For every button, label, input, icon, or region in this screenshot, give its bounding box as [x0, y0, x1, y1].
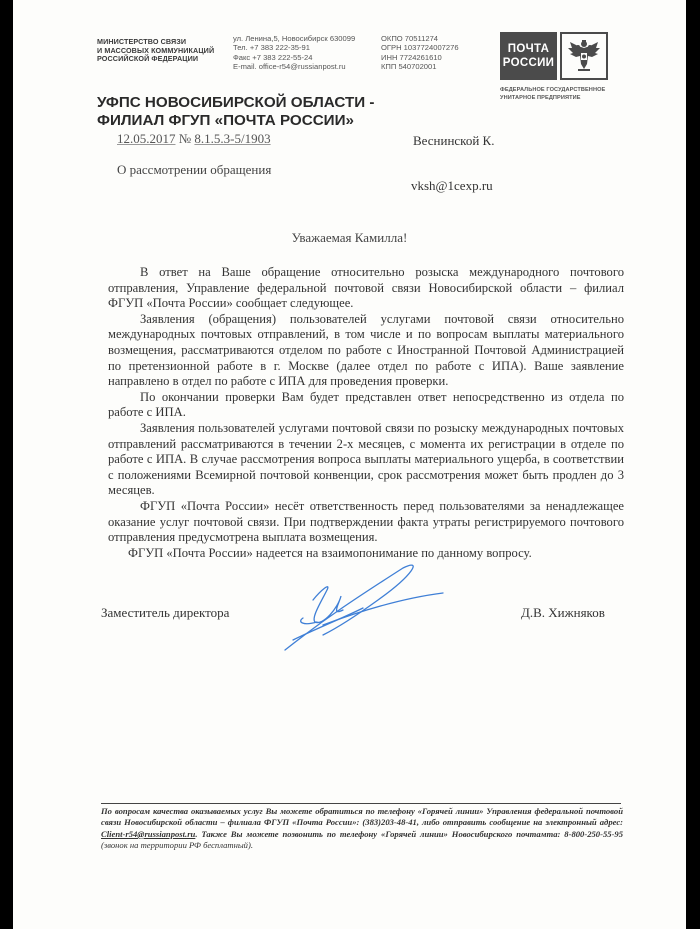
registration-codes: ОКПО 70511274 ОГРН 1037724007276 ИНН 772… [381, 34, 459, 71]
greeting: Уважаемая Камилла! [13, 230, 686, 246]
recipient-email: vksh@1cexp.ru [411, 178, 493, 194]
okpo-code: ОКПО 70511274 [381, 34, 459, 43]
logo-wordmark: ПОЧТА РОССИИ [500, 32, 557, 80]
signatory-title: Заместитель директора [101, 605, 229, 621]
paragraph: Заявления (обращения) пользователей услу… [108, 312, 624, 390]
inn-code: ИНН 7724261610 [381, 53, 459, 62]
footer-text: , либо отправить сообщение на электронны… [417, 817, 623, 827]
letter-subject: О рассмотрении обращения [117, 162, 271, 178]
logo-line: ПОЧТА [500, 42, 557, 56]
double-headed-eagle-icon [560, 32, 608, 80]
letter-page: МИНИСТЕРСТВО СВЯЗИ И МАССОВЫХ КОММУНИКАЦ… [13, 0, 686, 929]
handwritten-signature [283, 560, 483, 665]
recipient-name: Веснинской К. [413, 133, 494, 149]
logo-subtitle: ФЕДЕРАЛЬНОЕ ГОСУДАРСТВЕННОЕ УНИТАРНОЕ ПР… [500, 86, 608, 102]
hotline-phone: (383)203-48-41 [362, 817, 416, 827]
paragraph: ФГУП «Почта России» несёт ответственност… [108, 499, 624, 546]
contact-block: ул. Ленина,5, Новосибирск 630099 Тел. +7… [233, 34, 355, 71]
fax: Факс +7 383 222-55-24 [233, 53, 355, 62]
ministry-header: МИНИСТЕРСТВО СВЯЗИ И МАССОВЫХ КОММУНИКАЦ… [97, 38, 214, 64]
russian-post-logo: ПОЧТА РОССИИ ФЕДЕРАЛЬН [500, 32, 608, 102]
client-email-link[interactable]: Client-r54@russianpost.ru [101, 829, 195, 839]
phone: Тел. +7 383 222-35-91 [233, 43, 355, 52]
ogrn-code: ОГРН 1037724007276 [381, 43, 459, 52]
footer-hotline-note: По вопросам качества оказываемых услуг В… [101, 806, 623, 852]
registration-line: 12.05.2017 № 8.1.5.3-5/1903 [117, 131, 271, 147]
registration-number: 8.1.5.3-5/1903 [194, 131, 270, 146]
registration-date: 12.05.2017 [117, 131, 176, 146]
branch-line: ФИЛИАЛ ФГУП «ПОЧТА РОССИИ» [97, 112, 374, 130]
footer-text: . Также Вы можете позвонить по телефону … [195, 829, 564, 839]
address: ул. Ленина,5, Новосибирск 630099 [233, 34, 355, 43]
paragraph: ФГУП «Почта России» надеется на взаимопо… [108, 546, 624, 562]
letter-body: В ответ на Ваше обращение относительно р… [108, 265, 624, 561]
paragraph: В ответ на Ваше обращение относительно р… [108, 265, 624, 312]
logo-line: РОССИИ [500, 56, 557, 70]
ministry-line: РОССИЙСКОЙ ФЕДЕРАЦИИ [97, 55, 214, 64]
kpp-code: КПП 540702001 [381, 62, 459, 71]
header-email: E-mail. office-r54@russianpost.ru [233, 62, 355, 71]
paragraph: По окончании проверки Вам будет представ… [108, 390, 624, 421]
number-sign: № [179, 131, 191, 146]
branch-title: УФПС НОВОСИБИРСКОЙ ОБЛАСТИ - ФИЛИАЛ ФГУП… [97, 94, 374, 129]
footer-divider [101, 803, 621, 804]
logo-subtitle-line: УНИТАРНОЕ ПРЕДПРИЯТИЕ [500, 94, 608, 102]
footer-text: (звонок на территории РФ бесплатный). [101, 840, 253, 850]
paragraph: Заявления пользователей услугами почтово… [108, 421, 624, 499]
branch-line: УФПС НОВОСИБИРСКОЙ ОБЛАСТИ - [97, 94, 374, 112]
signatory-name: Д.В. Хижняков [521, 605, 605, 621]
post-office-hotline-phone: 8-800-250-55-95 [564, 829, 623, 839]
logo-subtitle-line: ФЕДЕРАЛЬНОЕ ГОСУДАРСТВЕННОЕ [500, 86, 608, 94]
